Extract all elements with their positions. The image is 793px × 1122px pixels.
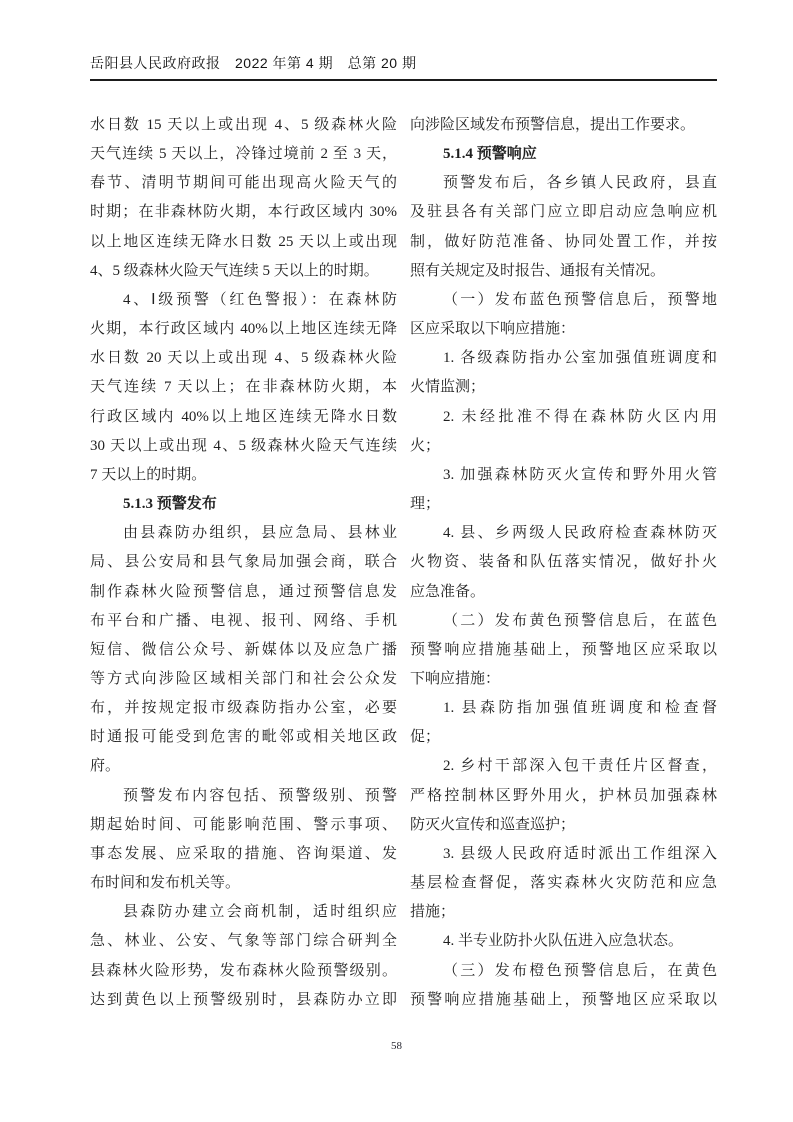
- text-line: 火期，本行政区域内 40%以上地区连续无降: [90, 315, 397, 344]
- text-line: 应急准备。: [410, 578, 717, 607]
- text-line: 下响应措施：: [410, 665, 717, 694]
- text-line: 预警响应措施基础上，预警地区应采取以: [410, 986, 717, 1015]
- text-line: 基层检查督促，落实森林火灾防范和应急: [410, 869, 717, 898]
- text-line: 1. 各级森防指办公室加强值班调度和: [410, 344, 717, 373]
- text-line: 局、县公安局和县气象局加强会商，联合: [90, 548, 397, 577]
- text-line: 天气连续 7 天以上；在非森林防火期，本: [90, 373, 397, 402]
- text-line: 期起始时间、可能影响范围、警示事项、: [90, 811, 397, 840]
- page-number: 58: [0, 1040, 793, 1052]
- text-line: 行政区域内 40%以上地区连续无降水日数: [90, 403, 397, 432]
- header-rule: [90, 79, 717, 81]
- text-line: 预警发布内容包括、预警级别、预警: [90, 782, 397, 811]
- text-line: 天气连续 5 天以上，冷锋过境前 2 至 3 天，: [90, 140, 397, 169]
- text-line: 3. 县级人民政府适时派出工作组深入: [410, 840, 717, 869]
- text-line: 严格控制林区野外用火，护林员加强森林: [410, 782, 717, 811]
- text-line: 1. 县森防指加强值班调度和检查督: [410, 694, 717, 723]
- text-line: 7 天以上的时期。: [90, 461, 397, 490]
- text-line: 防灭火宣传和巡查巡护；: [410, 811, 717, 840]
- text-line: 及驻县各有关部门应立即启动应急响应机: [410, 198, 717, 227]
- text-line: 火物资、装备和队伍落实情况，做好扑火: [410, 548, 717, 577]
- text-line: 等方式向涉险区域相关部门和社会公众发: [90, 665, 397, 694]
- text-line: （一）发布蓝色预警信息后，预警地: [410, 286, 717, 315]
- text-line: 水日数 20 天以上或出现 4、5 级森林火险: [90, 344, 397, 373]
- left-column: 水日数 15 天以上或出现 4、5 级森林火险天气连续 5 天以上，冷锋过境前 …: [90, 111, 397, 1015]
- text-line: （二）发布黄色预警信息后，在蓝色: [410, 607, 717, 636]
- gazette-header-title: 岳阳县人民政府政报 2022 年第 4 期 总第 20 期: [90, 53, 717, 73]
- document-page: 岳阳县人民政府政报 2022 年第 4 期 总第 20 期 水日数 15 天以上…: [0, 0, 793, 1122]
- text-line: 县森林火险形势，发布森林火险预警级别。: [90, 957, 397, 986]
- text-line: 时通报可能受到危害的毗邻或相关地区政: [90, 723, 397, 752]
- text-line: 促；: [410, 723, 717, 752]
- text-line: 府。: [90, 752, 397, 781]
- text-line: 布，并按规定报市级森防指办公室，必要: [90, 694, 397, 723]
- text-line: 火情监测；: [410, 373, 717, 402]
- text-line: 急、林业、公安、气象等部门综合研判全: [90, 927, 397, 956]
- right-column: 向涉险区域发布预警信息，提出工作要求。5.1.4 预警响应预警发布后，各乡镇人民…: [410, 111, 717, 1015]
- text-line: 向涉险区域发布预警信息，提出工作要求。: [410, 111, 717, 140]
- text-line: 4、Ⅰ级预警（红色警报）：在森林防: [90, 286, 397, 315]
- text-line: （三）发布橙色预警信息后，在黄色: [410, 957, 717, 986]
- text-line: 春节、清明节期间可能出现高火险天气的: [90, 169, 397, 198]
- text-line: 照有关规定及时报告、通报有关情况。: [410, 257, 717, 286]
- text-line: 制作森林火险预警信息，通过预警信息发: [90, 578, 397, 607]
- section-heading: 5.1.3 预警发布: [90, 490, 397, 519]
- text-line: 措施；: [410, 898, 717, 927]
- section-heading: 5.1.4 预警响应: [410, 140, 717, 169]
- text-line: 火；: [410, 432, 717, 461]
- text-line: 水日数 15 天以上或出现 4、5 级森林火险: [90, 111, 397, 140]
- text-line: 由县森防办组织，县应急局、县林业: [90, 519, 397, 548]
- text-line: 时期；在非森林防火期，本行政区域内 30%: [90, 198, 397, 227]
- text-line: 2. 未经批准不得在森林防火区内用: [410, 403, 717, 432]
- text-line: 区应采取以下响应措施：: [410, 315, 717, 344]
- text-line: 4. 半专业防扑火队伍进入应急状态。: [410, 927, 717, 956]
- text-line: 事态发展、应采取的措施、咨询渠道、发: [90, 840, 397, 869]
- text-line: 制，做好防范准备、协同处置工作，并按: [410, 228, 717, 257]
- text-line: 布平台和广播、电视、报刊、网络、手机: [90, 607, 397, 636]
- text-line: 3. 加强森林防灭火宣传和野外用火管: [410, 461, 717, 490]
- text-line: 4. 县、乡两级人民政府检查森林防灭: [410, 519, 717, 548]
- text-line: 县森防办建立会商机制，适时组织应: [90, 898, 397, 927]
- text-line: 预警发布后，各乡镇人民政府，县直: [410, 169, 717, 198]
- text-line: 以上地区连续无降水日数 25 天以上或出现: [90, 228, 397, 257]
- text-line: 预警响应措施基础上，预警地区应采取以: [410, 636, 717, 665]
- text-line: 4、5 级森林火险天气连续 5 天以上的时期。: [90, 257, 397, 286]
- text-line: 达到黄色以上预警级别时，县森防办立即: [90, 986, 397, 1015]
- text-line: 短信、微信公众号、新媒体以及应急广播: [90, 636, 397, 665]
- text-line: 布时间和发布机关等。: [90, 869, 397, 898]
- text-line: 2. 乡村干部深入包干责任片区督查，: [410, 752, 717, 781]
- text-line: 理；: [410, 490, 717, 519]
- text-line: 30 天以上或出现 4、5 级森林火险天气连续: [90, 432, 397, 461]
